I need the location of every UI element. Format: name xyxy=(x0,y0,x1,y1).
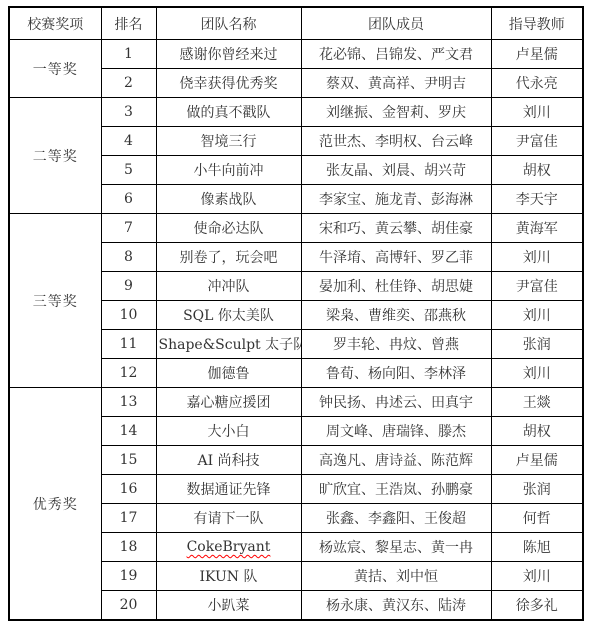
team-name-cell: 小牛向前冲 xyxy=(156,156,301,185)
team-members-cell: 宋和巧、黄云攀、胡佳豪 xyxy=(301,214,491,243)
column-header-rank: 排名 xyxy=(101,7,156,40)
team-members-cell: 李家宝、施龙青、彭海淋 xyxy=(301,185,491,214)
team-members-cell: 刘继振、金智莉、罗庆 xyxy=(301,98,491,127)
team-members-cell: 黄拮、刘中恒 xyxy=(301,562,491,591)
rank-cell: 1 xyxy=(101,40,156,69)
table-row: 二等奖3做的真不戳队刘继振、金智莉、罗庆刘川 xyxy=(9,98,583,127)
team-name-cell: 小趴菜 xyxy=(156,591,301,621)
advisor-cell: 张润 xyxy=(491,475,583,504)
table-body: 一等奖1感谢你曾经来过花必锦、吕锦发、严文君卢星儒2侥幸获得优秀奖蔡双、黄高祥、… xyxy=(9,40,583,621)
document-page: 校赛奖项 排名 团队名称 团队成员 指导教师 一等奖1感谢你曾经来过花必锦、吕锦… xyxy=(0,0,590,627)
award-category-cell: 三等奖 xyxy=(9,214,101,388)
team-members-cell: 鲁荀、杨向阳、李林泽 xyxy=(301,359,491,388)
advisor-cell: 胡权 xyxy=(491,156,583,185)
advisor-cell: 刘川 xyxy=(491,562,583,591)
table-row: 一等奖1感谢你曾经来过花必锦、吕锦发、严文君卢星儒 xyxy=(9,40,583,69)
team-name-cell: CokeBryant xyxy=(156,533,301,562)
rank-cell: 14 xyxy=(101,417,156,446)
team-name-cell: 感谢你曾经来过 xyxy=(156,40,301,69)
table-row: 优秀奖13嘉心糖应援团钟民扬、冉述云、田真宇王燚 xyxy=(9,388,583,417)
table-row: 三等奖7使命必达队宋和巧、黄云攀、胡佳豪黄海军 xyxy=(9,214,583,243)
advisor-cell: 徐多礼 xyxy=(491,591,583,621)
team-members-cell: 杨永康、黄汉东、陆涛 xyxy=(301,591,491,621)
team-name-cell: 做的真不戳队 xyxy=(156,98,301,127)
rank-cell: 9 xyxy=(101,272,156,301)
awards-table: 校赛奖项 排名 团队名称 团队成员 指导教师 一等奖1感谢你曾经来过花必锦、吕锦… xyxy=(8,6,584,621)
column-header-team: 团队名称 xyxy=(156,7,301,40)
award-category-cell: 优秀奖 xyxy=(9,388,101,621)
advisor-cell: 卢星儒 xyxy=(491,40,583,69)
advisor-cell: 何哲 xyxy=(491,504,583,533)
rank-cell: 3 xyxy=(101,98,156,127)
advisor-cell: 卢星儒 xyxy=(491,446,583,475)
advisor-cell: 刘川 xyxy=(491,359,583,388)
header-row: 校赛奖项 排名 团队名称 团队成员 指导教师 xyxy=(9,7,583,40)
advisor-cell: 胡权 xyxy=(491,417,583,446)
advisor-cell: 李天宇 xyxy=(491,185,583,214)
team-members-cell: 范世杰、李明权、台云峰 xyxy=(301,127,491,156)
team-name-cell: IKUN 队 xyxy=(156,562,301,591)
team-members-cell: 旷欣宜、王浩岚、孙鹏豪 xyxy=(301,475,491,504)
team-name-cell: 有请下一队 xyxy=(156,504,301,533)
rank-cell: 19 xyxy=(101,562,156,591)
team-name-cell: 智境三行 xyxy=(156,127,301,156)
column-header-award: 校赛奖项 xyxy=(9,7,101,40)
team-name-cell: 冲冲队 xyxy=(156,272,301,301)
rank-cell: 2 xyxy=(101,69,156,98)
team-members-cell: 张友晶、刘晨、胡兴苛 xyxy=(301,156,491,185)
team-members-cell: 周文峰、唐瑞锋、滕杰 xyxy=(301,417,491,446)
team-name-cell: 侥幸获得优秀奖 xyxy=(156,69,301,98)
team-name-cell: Shape&Sculpt 太子队 xyxy=(156,330,301,359)
team-name-cell: 嘉心糖应援团 xyxy=(156,388,301,417)
rank-cell: 17 xyxy=(101,504,156,533)
team-members-cell: 蔡双、黄高祥、尹明吉 xyxy=(301,69,491,98)
advisor-cell: 刘川 xyxy=(491,301,583,330)
column-header-advisor: 指导教师 xyxy=(491,7,583,40)
advisor-cell: 刘川 xyxy=(491,243,583,272)
award-category-cell: 一等奖 xyxy=(9,40,101,98)
rank-cell: 7 xyxy=(101,214,156,243)
rank-cell: 16 xyxy=(101,475,156,504)
rank-cell: 13 xyxy=(101,388,156,417)
team-name-cell: 大小白 xyxy=(156,417,301,446)
rank-cell: 4 xyxy=(101,127,156,156)
team-name-cell: 像素战队 xyxy=(156,185,301,214)
team-members-cell: 罗丰轮、冉炆、曾燕 xyxy=(301,330,491,359)
advisor-cell: 刘川 xyxy=(491,98,583,127)
team-name-cell: 数据通证先锋 xyxy=(156,475,301,504)
team-members-cell: 钟民扬、冉述云、田真宇 xyxy=(301,388,491,417)
rank-cell: 18 xyxy=(101,533,156,562)
advisor-cell: 张润 xyxy=(491,330,583,359)
rank-cell: 12 xyxy=(101,359,156,388)
column-header-members: 团队成员 xyxy=(301,7,491,40)
team-members-cell: 梁枭、曹维奕、邵燕秋 xyxy=(301,301,491,330)
rank-cell: 10 xyxy=(101,301,156,330)
advisor-cell: 黄海军 xyxy=(491,214,583,243)
team-name-cell: 别卷了，玩会吧 xyxy=(156,243,301,272)
team-members-cell: 杨竑宸、黎星志、黄一冉 xyxy=(301,533,491,562)
team-name-cell: 使命必达队 xyxy=(156,214,301,243)
rank-cell: 8 xyxy=(101,243,156,272)
rank-cell: 5 xyxy=(101,156,156,185)
advisor-cell: 王燚 xyxy=(491,388,583,417)
team-name-cell: AI 尚科技 xyxy=(156,446,301,475)
advisor-cell: 陈旭 xyxy=(491,533,583,562)
team-members-cell: 张鑫、李鑫阳、王俊超 xyxy=(301,504,491,533)
rank-cell: 6 xyxy=(101,185,156,214)
award-category-cell: 二等奖 xyxy=(9,98,101,214)
advisor-cell: 代永亮 xyxy=(491,69,583,98)
rank-cell: 11 xyxy=(101,330,156,359)
advisor-cell: 尹富佳 xyxy=(491,272,583,301)
team-members-cell: 花必锦、吕锦发、严文君 xyxy=(301,40,491,69)
team-members-cell: 晏加利、杜佳铮、胡思婕 xyxy=(301,272,491,301)
team-name-cell: SQL 你太美队 xyxy=(156,301,301,330)
team-members-cell: 高逸凡、唐诗益、陈范辉 xyxy=(301,446,491,475)
rank-cell: 20 xyxy=(101,591,156,621)
advisor-cell: 尹富佳 xyxy=(491,127,583,156)
team-members-cell: 牛泽堉、高博轩、罗乙菲 xyxy=(301,243,491,272)
rank-cell: 15 xyxy=(101,446,156,475)
team-name-cell: 伽德鲁 xyxy=(156,359,301,388)
